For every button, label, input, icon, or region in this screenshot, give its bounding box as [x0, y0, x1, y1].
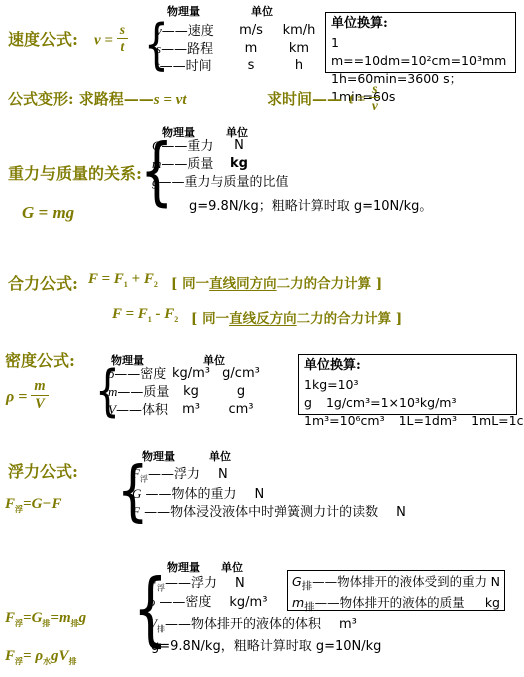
formula-subscript: 2: [154, 280, 158, 289]
formula-subscript: 水: [43, 657, 51, 666]
row-label: ——密度: [155, 595, 211, 610]
conversion-item: 1g/cm³=1×10³kg/m³: [326, 395, 457, 410]
variable-symbol: F: [149, 575, 157, 590]
buoyancy-row-reading: F ——物体浸没液体中时弹簧测力计的读数N: [132, 504, 406, 522]
formula-subscript: 排: [71, 619, 79, 628]
variable-symbol: F: [132, 466, 140, 481]
gravity-row-g: g——重力与质量的比值: [152, 174, 392, 191]
row-label: ——质量: [117, 385, 169, 400]
speed-formula-lhs: v =: [94, 33, 113, 49]
archimedes-row-V: V排——物体排开的液体的体积m³: [149, 616, 357, 634]
formula-part: + F: [128, 271, 154, 287]
fraction-denominator: V: [31, 396, 48, 413]
archimedes-formula-2: F浮= ρ水gV排: [5, 648, 77, 667]
unit-2: km: [270, 41, 328, 57]
conversion-line: 1m³=10⁶cm³1L=1dm³1mL=1cm³: [304, 412, 511, 430]
archimedes-note: g=9.8N/kg，粗略计算时取 g=10N/kg: [151, 635, 381, 654]
archimedes-header-unit: 单位: [221, 559, 243, 575]
unit-2: h: [270, 58, 328, 74]
density-formula: ρ = mV: [6, 378, 49, 412]
variable-subscript: 排: [302, 581, 312, 593]
row-label: ——密度: [114, 367, 166, 382]
archimedes-header-quantity: 物理量: [167, 559, 200, 575]
conversion-box-title: 单位换算:: [304, 357, 511, 376]
row-label: ——体积: [116, 403, 168, 418]
displaced-liquid-row-G: G排——物体排开的液体受到的重力 N: [292, 573, 500, 594]
bracket-text: [ 同一: [171, 276, 209, 292]
physics-formula-notes-page: 速度公式: v = st 物理量 单位 { v——速度 m/s km/h s——…: [0, 0, 524, 677]
conversion-item: 1mL=1cm³: [471, 413, 524, 428]
resultant-bracket-add: [ 同一直线同方向二力的合力计算 ]: [171, 272, 382, 292]
row-label: ——物体排开的液体的体积: [165, 617, 321, 632]
speed-header-quantity: 物理量: [167, 3, 200, 19]
variable-symbol: G: [152, 138, 161, 153]
unit-1: s: [226, 58, 276, 74]
buoyancy-section-title: 浮力公式:: [8, 459, 78, 482]
unit-1: m³: [339, 617, 357, 633]
formula-part: F: [5, 610, 15, 626]
row-label: ——重力与质量的比值: [159, 175, 289, 190]
fraction-numerator: m: [31, 378, 48, 396]
buoyancy-row-F: F浮——浮力N: [132, 466, 228, 484]
fraction-numerator: s: [117, 22, 128, 39]
unit-1: m³: [164, 402, 218, 418]
row-label-group: m排——物体排开的液体的质量: [292, 594, 465, 615]
unit-2: g: [212, 384, 270, 400]
unit-1: N: [491, 573, 500, 594]
variants-line: 公式变形: 求路程——s = vt: [8, 88, 187, 109]
speed-formula-fraction: st: [117, 22, 128, 54]
buoyancy-row-G: G ——物体的重力N: [132, 486, 264, 504]
resultant-formula-subtract: F = F1 - F2: [112, 306, 178, 324]
variable-symbol: G: [132, 486, 141, 501]
conversion-line: 1 m==10dm=10²cm=10³mm: [331, 34, 510, 70]
bracket-text: 二力的合力计算 ]: [297, 311, 403, 327]
density-formula-lhs: ρ =: [6, 388, 27, 405]
conversion-item: 1m³=10⁶cm³: [304, 413, 385, 428]
formula-part: = ρ: [23, 648, 43, 664]
formula-part: =G: [23, 610, 42, 626]
variable-symbol: V: [108, 402, 116, 417]
resultant-bracket-subtract: [ 同一直线反方向二力的合力计算 ]: [191, 307, 402, 327]
formula-part: =G−F: [23, 496, 61, 512]
density-row-V: V——体积 m³ cm³: [108, 402, 328, 419]
unit-1: N: [218, 467, 228, 483]
variable-symbol: F: [132, 504, 140, 519]
gravity-formula: G = mg: [22, 203, 74, 223]
fraction-denominator: v: [369, 98, 380, 114]
row-label: ——质量: [161, 157, 213, 172]
row-label: ——重力: [161, 139, 213, 154]
displaced-liquid-row-m: m排——物体排开的液体的质量 kg: [292, 594, 500, 615]
fraction-numerator: s: [369, 81, 380, 98]
buoyancy-formula: F浮=G−F: [5, 496, 62, 515]
bracket-text: 二力的合力计算 ]: [277, 276, 383, 292]
variable-symbol: m: [292, 595, 304, 610]
conversion-item: 1L=1dm³: [399, 413, 457, 428]
variable-symbol: m: [108, 384, 117, 399]
row-label: ——时间: [160, 59, 212, 74]
unit-1: kg/m³: [229, 595, 267, 611]
time-formula-lhs: t =: [349, 92, 365, 108]
row-label: ——物体的重力: [141, 487, 236, 502]
row-label: ——物体浸没液体中时弹簧测力计的读数: [140, 505, 378, 520]
formula-part: - F: [152, 306, 175, 322]
variable-subscript: 排: [304, 602, 314, 614]
row-label: ——速度: [162, 24, 214, 39]
row-label: ——浮力: [165, 576, 217, 591]
formula-part: F = F: [112, 306, 148, 322]
variable-symbol: G: [292, 574, 302, 589]
unit-1: N: [235, 576, 245, 592]
unit-1: kg: [164, 384, 218, 400]
variable-subscript: 排: [157, 625, 165, 634]
row-label-group: G排——物体排开的液体受到的重力: [292, 573, 487, 594]
density-row-rho: ρ——密度 kg/m³ g/cm³: [108, 366, 328, 383]
gravity-section-title: 重力与质量的关系:: [8, 161, 142, 184]
gravity-row-G: G——重力 N: [152, 138, 352, 155]
variable-symbol: m: [152, 156, 161, 171]
formula-part: F: [5, 496, 15, 512]
unit-1: N: [255, 487, 265, 503]
variable-subscript: 浮: [140, 475, 148, 484]
conversion-line: 1kg=10³ g1g/cm³=1×10³kg/m³: [304, 376, 511, 412]
formula-subscript: 2: [174, 315, 178, 324]
bracket-text: [ 同一: [191, 311, 229, 327]
archimedes-row-F: F浮——浮力N: [149, 575, 245, 593]
unit-1: m/s: [226, 23, 276, 39]
formula-part: g: [79, 610, 87, 626]
speed-formula: v = st: [94, 22, 128, 54]
formula-subscript: 排: [69, 657, 77, 666]
archimedes-row-rho: ρ ——密度kg/m³: [149, 594, 267, 612]
formula-subscript: 浮: [15, 505, 23, 514]
formula-subscript: 浮: [15, 619, 23, 628]
density-section-title: 密度公式:: [5, 348, 75, 371]
time-formula: t = sv: [349, 81, 380, 113]
unit-1: m: [226, 41, 276, 57]
fraction-denominator: t: [117, 39, 128, 55]
formula-part: F: [5, 648, 15, 664]
variants-label: 公式变形:: [8, 90, 74, 108]
bracket-underlined-text: 直线同方向: [209, 276, 277, 292]
formula-part: gV: [51, 648, 69, 664]
formula-subscript: 浮: [15, 657, 23, 666]
unit-conversion-box-density: 单位换算: 1kg=10³ g1g/cm³=1×10³kg/m³ 1m³=10⁶…: [298, 354, 517, 415]
unit-2: cm³: [212, 402, 270, 418]
distance-label: 求路程——: [74, 90, 154, 108]
unit-1: kg/m³: [164, 366, 218, 382]
resultant-section-title: 合力公式:: [8, 271, 78, 294]
time-formula-fraction: sv: [369, 81, 380, 113]
resultant-formula-add: F = F1 + F2: [88, 271, 158, 289]
bracket-underlined-text: 直线反方向: [229, 311, 297, 327]
row-label: ——物体排开的液体受到的重力: [312, 574, 487, 589]
formula-part: F = F: [88, 271, 124, 287]
unit-1: N: [396, 505, 406, 521]
distance-formula: s = vt: [154, 92, 187, 108]
unit-1: N: [224, 138, 254, 154]
time-label: 求时间——: [267, 88, 342, 109]
row-label: ——浮力: [148, 467, 200, 482]
unit-conversion-box-length-time: 单位换算: 1 m==10dm=10²cm=10³mm 1h=60min=360…: [325, 12, 516, 73]
row-label: ——物体排开的液体的质量: [315, 595, 465, 610]
density-formula-fraction: mV: [31, 378, 48, 412]
archimedes-formula-1: F浮=G排=m排g: [5, 610, 86, 629]
density-row-m: m——质量 kg g: [108, 384, 328, 401]
unit-2: km/h: [270, 23, 328, 39]
speed-header-unit: 单位: [251, 3, 273, 19]
variable-subscript: 浮: [157, 584, 165, 593]
variable-symbol: V: [149, 616, 157, 631]
gravity-row-m: m——质量 kg: [152, 156, 352, 173]
conversion-box-title: 单位换算:: [331, 15, 510, 34]
unit-1: kg: [485, 594, 500, 615]
formula-part: =m: [50, 610, 70, 626]
unit-1: kg: [224, 156, 254, 172]
gravity-note: g=9.8N/kg；粗略计算时取 g=10N/kg。: [189, 195, 432, 214]
row-label: ——路程: [161, 42, 213, 57]
speed-section-title: 速度公式:: [8, 27, 78, 50]
unit-2: g/cm³: [212, 366, 270, 382]
displaced-liquid-box: G排——物体排开的液体受到的重力 N m排——物体排开的液体的质量 kg: [287, 570, 505, 611]
buoyancy-header-unit: 单位: [209, 448, 231, 464]
